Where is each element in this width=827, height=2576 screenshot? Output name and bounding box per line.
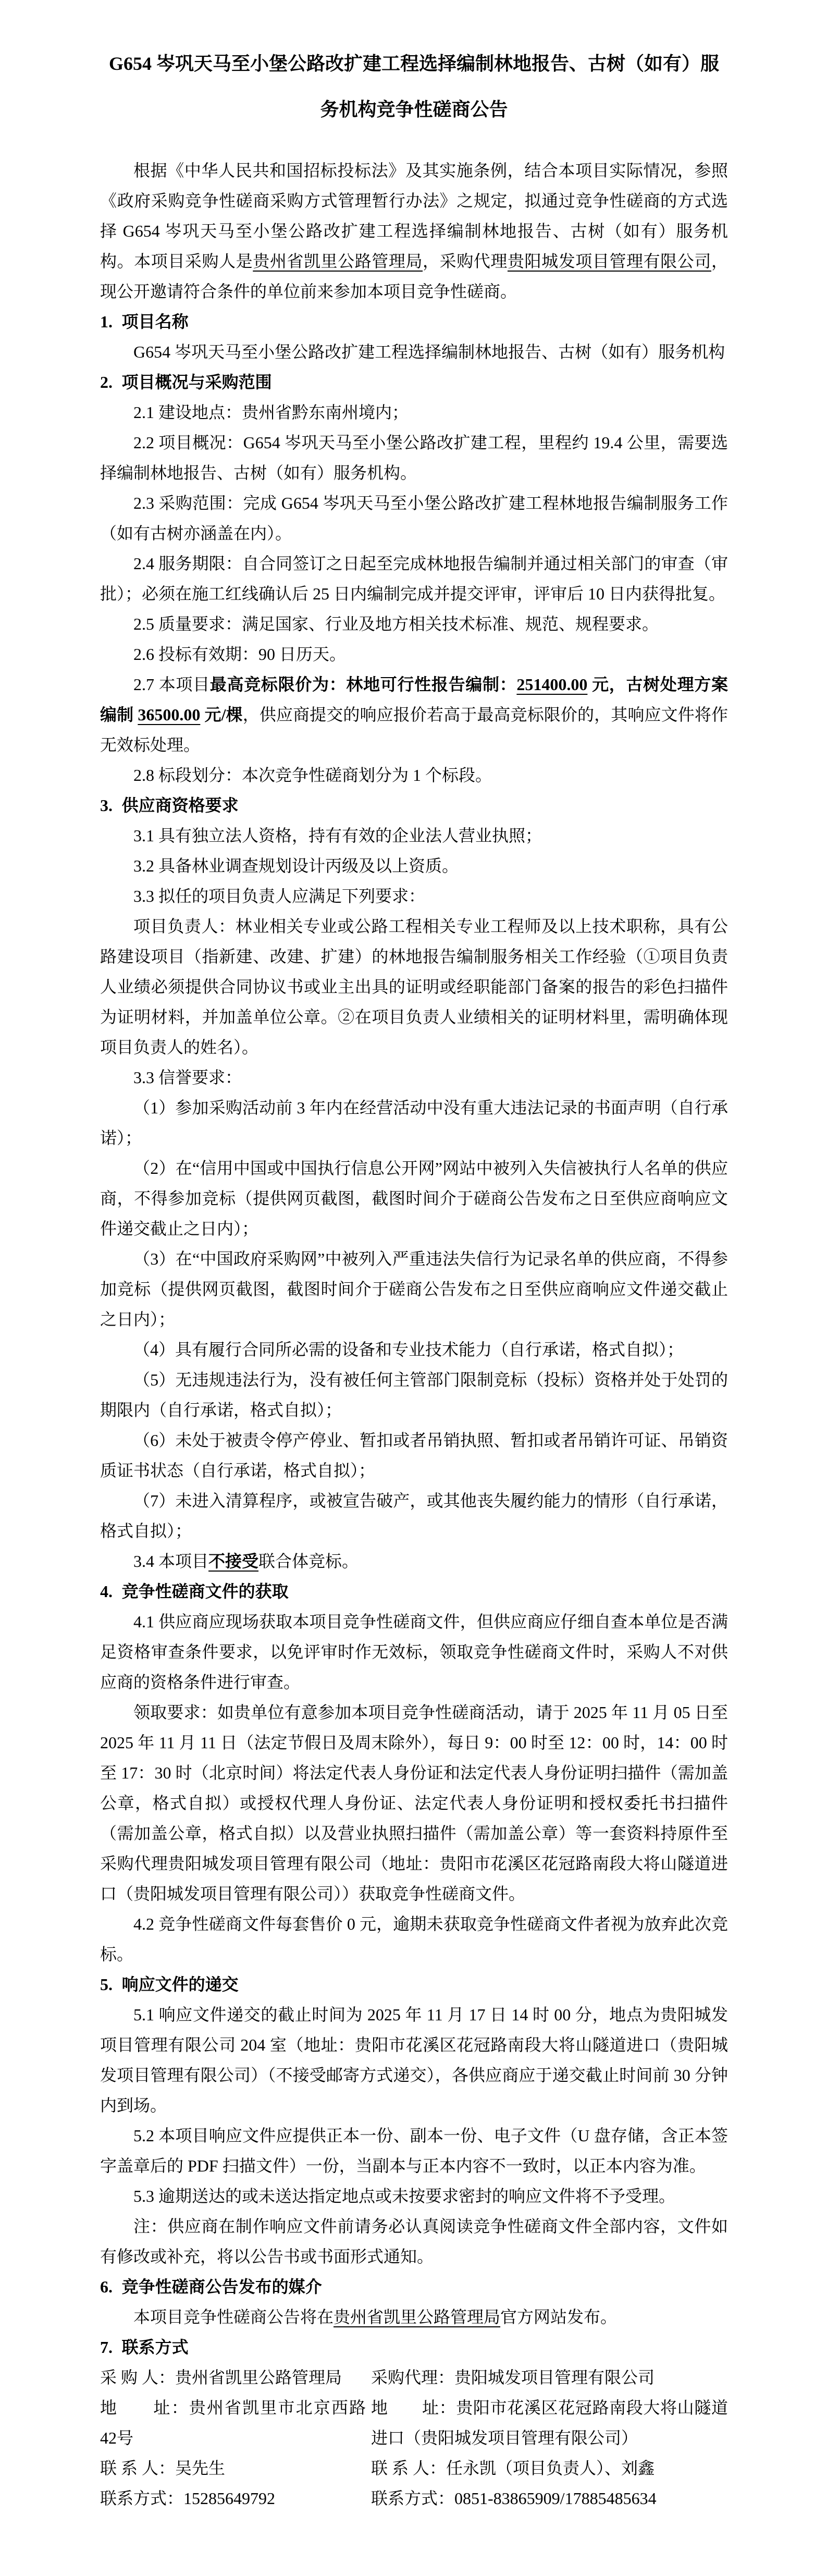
paragraph: （7）未进入清算程序，或被宣告破产，或其他丧失履约能力的情形（自行承诺，格式自拟… <box>100 1486 728 1546</box>
paragraph: （2）在“信用中国或中国执行信息公开网”网站中被列入失信被执行人名单的供应商，不… <box>100 1153 728 1244</box>
paragraph: 3.3 拟任的项目负责人应满足下列要求： <box>100 881 728 911</box>
heading-number: 4. <box>100 1582 113 1601</box>
paragraph: 注：供应商在制作响应文件前请务必认真阅读竞争性磋商文件全部内容，文件如有修改或补… <box>100 2211 728 2272</box>
contact-row: 联 系 人：吴先生联 系 人：任永凯（项目负责人）、刘鑫 <box>100 2453 728 2483</box>
paragraph: 5.2 本项目响应文件应提供正本一份、副本一份、电子文件（U 盘存储，含正本签字… <box>100 2120 728 2181</box>
text-run: 本项目竞争性磋商公告将在 <box>133 2308 334 2326</box>
text-run: 注：供应商在制作响应文件前请务必认真阅读竞争性磋商文件全部内容，文件如有修改或补… <box>100 2217 728 2266</box>
heading-label: 竞争性磋商文件的获取 <box>122 1582 289 1601</box>
text-run: （1）参加采购活动前 3 年内在经营活动中没有重大违法记录的书面声明（自行承诺）… <box>100 1098 728 1147</box>
contact-cell-left: 联系方式：15285649792 <box>100 2483 371 2513</box>
paragraph: 2.5 质量要求：满足国家、行业及地方相关技术标准、规范、规程要求。 <box>100 609 728 639</box>
text-run: 36500.00 <box>138 705 200 724</box>
contact-cell-right: 地 址：贵阳市花溪区花冠路南段大将山隧道进口（贵阳城发项目管理有限公司） <box>371 2393 728 2453</box>
heading-label: 项目概况与采购范围 <box>122 373 272 391</box>
paragraph: 4.2 竞争性磋商文件每套售价 0 元，逾期未获取竞争性磋商文件者视为放弃此次竞… <box>100 1909 728 1969</box>
paragraph: 3.1 具有独立法人资格，持有有效的企业法人营业执照； <box>100 820 728 851</box>
contact-cell-right: 联 系 人：任永凯（项目负责人）、刘鑫 <box>371 2453 728 2483</box>
text-run: 最高竞标限价为：林地可行性报告编制： <box>210 675 517 694</box>
section-heading: 5.响应文件的递交 <box>100 1969 728 2000</box>
contact-label: 联 系 人： <box>100 2459 175 2477</box>
paragraph: 5.1 响应文件递交的截止时间为 2025 年 11 月 17 日 14 时 0… <box>100 2000 728 2120</box>
text-run: 2.6 投标有效期：90 日历天。 <box>133 645 346 664</box>
text-run: 贵阳城发项目管理有限公司 <box>508 252 711 271</box>
contact-label: 联系方式： <box>100 2489 183 2508</box>
contact-row: 联系方式：15285649792联系方式：0851-83865909/17885… <box>100 2483 728 2513</box>
paragraph: 2.3 采购范围：完成 G654 岑巩天马至小堡公路改扩建工程林地报告编制服务工… <box>100 488 728 548</box>
paragraph: 2.1 建设地点：贵州省黔东南州境内； <box>100 397 728 427</box>
text-run: 3.3 信誉要求： <box>133 1068 242 1087</box>
text-run: 2.4 服务期限：自合同签订之日起至完成林地报告编制并通过相关部门的审查（审批）… <box>100 554 728 603</box>
text-run: 4.2 竞争性磋商文件每套售价 0 元，逾期未获取竞争性磋商文件者视为放弃此次竞… <box>100 1915 728 1964</box>
section-heading: 6.竞争性磋商公告发布的媒介 <box>100 2272 728 2302</box>
text-run: 项目负责人：林业相关专业或公路工程相关专业工程师及以上技术职称，具有公路建设项目… <box>100 917 728 1057</box>
contact-label: 联 系 人： <box>371 2459 446 2477</box>
section-heading: 2.项目概况与采购范围 <box>100 367 728 397</box>
contact-cell-left: 采 购 人：贵州省凯里公路管理局 <box>100 2362 371 2393</box>
text-run: 5.1 响应文件递交的截止时间为 2025 年 11 月 17 日 14 时 0… <box>100 2005 728 2115</box>
text-run: 5.2 本项目响应文件应提供正本一份、副本一份、电子文件（U 盘存储，含正本签字… <box>100 2126 728 2175</box>
paragraph: 2.4 服务期限：自合同签订之日起至完成林地报告编制并通过相关部门的审查（审批）… <box>100 548 728 609</box>
contact-table: 采 购 人：贵州省凯里公路管理局采购代理：贵阳城发项目管理有限公司地 址：贵州省… <box>100 2362 728 2513</box>
text-run: （6）未处于被责令停产停业、暂扣或者吊销执照、暂扣或者吊销许可证、吊销资质证书状… <box>100 1431 728 1480</box>
heading-label: 竞争性磋商公告发布的媒介 <box>122 2277 322 2296</box>
contact-cell-left: 地 址：贵州省凯里市北京西路42号 <box>100 2393 371 2453</box>
paragraph: 根据《中华人民共和国招标投标法》及其实施条例，结合本项目实际情况，参照《政府采购… <box>100 155 728 306</box>
doc-title: G654 岑巩天马至小堡公路改扩建工程选择编制林地报告、古树（如有）服务机构竞争… <box>100 41 728 132</box>
contact-value: 贵阳城发项目管理有限公司 <box>454 2368 655 2387</box>
paragraph: 3.3 信誉要求： <box>100 1062 728 1093</box>
text-run: 2.5 质量要求：满足国家、行业及地方相关技术标准、规范、规程要求。 <box>133 615 659 633</box>
paragraph: 2.6 投标有效期：90 日历天。 <box>100 639 728 669</box>
paragraph: （3）在“中国政府采购网”中被列入严重违法失信行为记录名单的供应商，不得参加竞标… <box>100 1244 728 1334</box>
contact-row: 地 址：贵州省凯里市北京西路42号地 址：贵阳市花溪区花冠路南段大将山隧道进口（… <box>100 2393 728 2453</box>
text-run: 3.4 本项目 <box>133 1552 208 1571</box>
paragraph: 5.3 逾期送达的或未送达指定地点或未按要求密封的响应文件将不予受理。 <box>100 2181 728 2211</box>
text-run: （2）在“信用中国或中国执行信息公开网”网站中被列入失信被执行人名单的供应商，不… <box>100 1159 728 1238</box>
section-heading: 1.项目名称 <box>100 306 728 337</box>
text-run: 元/棵 <box>200 705 242 724</box>
contact-label: 采 购 人： <box>100 2368 175 2387</box>
paragraph: 3.2 具备林业调查规划设计丙级及以上资质。 <box>100 851 728 881</box>
text-run: （5）无违规违法行为，没有被任何主管部门限制竞标（投标）资格并处于处罚的期限内（… <box>100 1370 728 1419</box>
text-run: 3.1 具有独立法人资格，持有有效的企业法人营业执照； <box>133 826 542 845</box>
contact-label: 地 址： <box>100 2398 189 2417</box>
heading-label: 供应商资格要求 <box>122 796 239 815</box>
text-run: G654 岑巩天马至小堡公路改扩建工程选择编制林地报告、古树（如有）服务机构 <box>133 342 725 361</box>
heading-label: 响应文件的递交 <box>122 1975 239 1994</box>
text-run: 2.8 标段划分：本次竞争性磋商划分为 1 个标段。 <box>133 766 492 784</box>
contact-value: 0851-83865909/17885485634 <box>454 2489 657 2508</box>
text-run: （3）在“中国政府采购网”中被列入严重违法失信行为记录名单的供应商，不得参加竞标… <box>100 1249 728 1329</box>
paragraph: （1）参加采购活动前 3 年内在经营活动中没有重大违法记录的书面声明（自行承诺）… <box>100 1093 728 1153</box>
paragraph: 2.2 项目概况：G654 岑巩天马至小堡公路改扩建工程，里程约 19.4 公里… <box>100 427 728 488</box>
heading-number: 3. <box>100 796 113 815</box>
text-run: 联合体竞标。 <box>258 1552 359 1571</box>
paragraph: （6）未处于被责令停产停业、暂扣或者吊销执照、暂扣或者吊销许可证、吊销资质证书状… <box>100 1425 728 1486</box>
contact-value: 任永凯（项目负责人）、刘鑫 <box>446 2459 655 2477</box>
heading-number: 5. <box>100 1975 113 1994</box>
section-heading: 3.供应商资格要求 <box>100 790 728 820</box>
text-run: 5.3 逾期送达的或未送达指定地点或未按要求密封的响应文件将不予受理。 <box>133 2187 675 2205</box>
contact-value: 吴先生 <box>175 2459 225 2477</box>
contact-label: 采购代理： <box>371 2368 454 2387</box>
contact-label: 地 址： <box>371 2398 456 2417</box>
contact-cell-right: 联系方式：0851-83865909/17885485634 <box>371 2483 728 2513</box>
text-run: 3.2 具备林业调查规划设计丙级及以上资质。 <box>133 856 459 875</box>
text-run: 4.1 供应商应现场获取本项目竞争性磋商文件，但供应商应仔细自查本单位是否满足资… <box>100 1612 728 1691</box>
heading-label: 项目名称 <box>122 312 189 331</box>
paragraph: 4.1 供应商应现场获取本项目竞争性磋商文件，但供应商应仔细自查本单位是否满足资… <box>100 1606 728 1697</box>
heading-number: 6. <box>100 2277 113 2296</box>
contact-row: 采 购 人：贵州省凯里公路管理局采购代理：贵阳城发项目管理有限公司 <box>100 2362 728 2393</box>
paragraph: 3.4 本项目不接受联合体竞标。 <box>100 1546 728 1576</box>
paragraph: 2.7 本项目最高竞标限价为：林地可行性报告编制：251400.00 元，古树处… <box>100 669 728 760</box>
heading-number: 1. <box>100 312 113 331</box>
paragraph: 本项目竞争性磋商公告将在贵州省凯里公路管理局官方网站发布。 <box>100 2302 728 2332</box>
document-body: 根据《中华人民共和国招标投标法》及其实施条例，结合本项目实际情况，参照《政府采购… <box>100 155 728 2513</box>
paragraph: 领取要求：如贵单位有意参加本项目竞争性磋商活动，请于 2025 年 11 月 0… <box>100 1697 728 1909</box>
text-run: 官方网站发布。 <box>500 2308 617 2326</box>
paragraph: G654 岑巩天马至小堡公路改扩建工程选择编制林地报告、古树（如有）服务机构 <box>100 337 728 367</box>
heading-number: 7. <box>100 2338 113 2357</box>
paragraph: （5）无违规违法行为，没有被任何主管部门限制竞标（投标）资格并处于处罚的期限内（… <box>100 1365 728 1425</box>
text-run: （4）具有履行合同所必需的设备和专业技术能力（自行承诺，格式自拟）； <box>133 1340 684 1359</box>
heading-label: 联系方式 <box>122 2338 189 2357</box>
heading-number: 2. <box>100 373 113 391</box>
contact-value: 15285649792 <box>183 2489 275 2508</box>
text-run: 不接受 <box>208 1552 258 1571</box>
text-run: 251400.00 <box>516 675 587 694</box>
text-run: 贵州省凯里公路管理局 <box>253 252 423 271</box>
announcement-page: G654 岑巩天马至小堡公路改扩建工程选择编制林地报告、古树（如有）服务机构竞争… <box>0 0 827 2576</box>
contact-cell-right: 采购代理：贵阳城发项目管理有限公司 <box>371 2362 728 2393</box>
paragraph: 项目负责人：林业相关专业或公路工程相关专业工程师及以上技术职称，具有公路建设项目… <box>100 911 728 1062</box>
text-run: 2.7 本项目 <box>133 675 210 694</box>
section-heading: 7.联系方式 <box>100 2332 728 2362</box>
text-run: ，采购代理 <box>423 252 508 271</box>
text-run: 贵州省凯里公路管理局 <box>334 2308 500 2326</box>
paragraph: （4）具有履行合同所必需的设备和专业技术能力（自行承诺，格式自拟）； <box>100 1334 728 1365</box>
paragraph: 2.8 标段划分：本次竞争性磋商划分为 1 个标段。 <box>100 760 728 790</box>
text-run: 2.1 建设地点：贵州省黔东南州境内； <box>133 403 409 422</box>
section-heading: 4.竞争性磋商文件的获取 <box>100 1576 728 1606</box>
contact-cell-left: 联 系 人：吴先生 <box>100 2453 371 2483</box>
text-run: 2.2 项目概况：G654 岑巩天马至小堡公路改扩建工程，里程约 19.4 公里… <box>100 433 728 482</box>
contact-value: 贵州省凯里公路管理局 <box>175 2368 342 2387</box>
contact-label: 联系方式： <box>371 2489 454 2508</box>
text-run: 领取要求：如贵单位有意参加本项目竞争性磋商活动，请于 2025 年 11 月 0… <box>100 1703 728 1903</box>
text-run: （7）未进入清算程序，或被宣告破产，或其他丧失履约能力的情形（自行承诺，格式自拟… <box>100 1491 728 1540</box>
text-run: 3.3 拟任的项目负责人应满足下列要求： <box>133 887 425 905</box>
text-run: 2.3 采购范围：完成 G654 岑巩天马至小堡公路改扩建工程林地报告编制服务工… <box>100 494 728 543</box>
